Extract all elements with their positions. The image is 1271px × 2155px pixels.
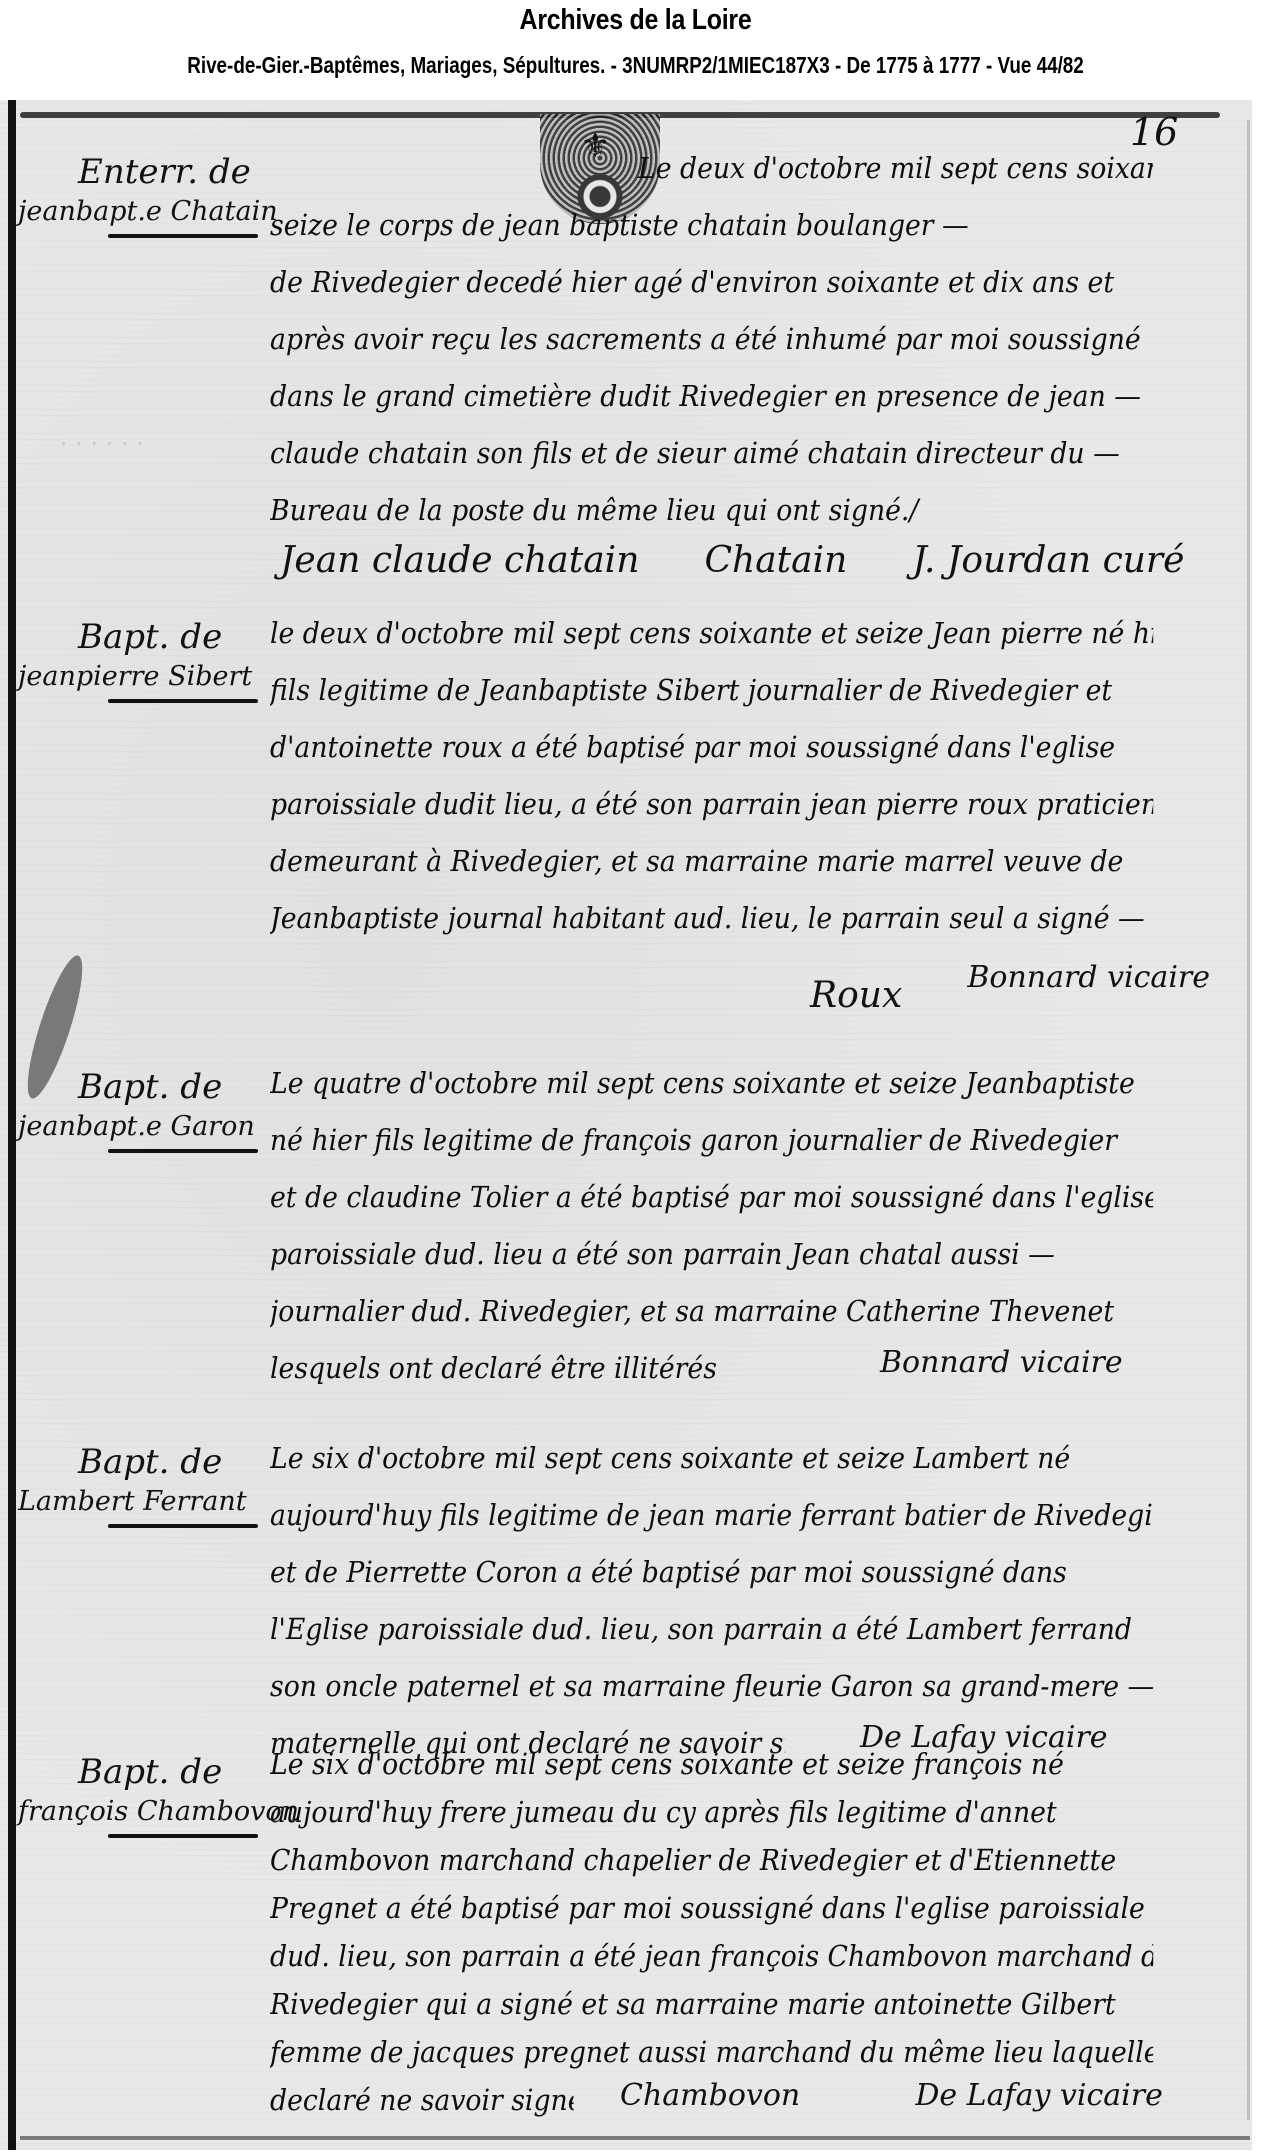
entry-line: seize le corps de jean baptiste chatain … — [270, 197, 1153, 254]
entry-subject-name: jeanbapt.e Chatain — [18, 194, 268, 230]
signature: Roux — [810, 975, 902, 1016]
entry-line: de Rivedegier decedé hier agé d'environ … — [270, 254, 1153, 311]
entry-margin-note: Bapt. de françois Chambovon — [18, 1750, 268, 1838]
entry-type: Bapt. de — [18, 1440, 268, 1484]
bleed-through-text: · · · · · · — [60, 430, 144, 458]
entry-margin-note: Bapt. de jeanbapt.e Garon — [18, 1065, 268, 1153]
signature: Bonnard vicaire — [967, 960, 1210, 995]
entry-line: paroissiale dud. lieu a été son parrain … — [270, 1226, 1153, 1283]
entry-subject-name: françois Chambovon — [18, 1794, 268, 1830]
entry-line: Chambovon marchand chapelier de Rivedegi… — [270, 1836, 1153, 1884]
page-right-edge — [1247, 120, 1250, 2120]
entry-line: Le quatre d'octobre mil sept cens soixan… — [270, 1055, 1153, 1112]
entry-line: son oncle paternel et sa marraine fleuri… — [270, 1658, 1153, 1715]
name-underline — [108, 234, 258, 238]
name-underline — [108, 699, 258, 703]
entry-line: dud. lieu, son parrain a été jean franço… — [270, 1932, 1153, 1980]
name-underline — [108, 1149, 258, 1153]
entry-line: après avoir reçu les sacrements a été in… — [270, 311, 1153, 368]
page-bottom-edge — [20, 2136, 1250, 2140]
signature: De Lafay vicaire — [915, 2078, 1163, 2113]
entry-line: demeurant à Rivedegier, et sa marraine m… — [270, 833, 1153, 890]
register-page-scan: ⚜ 16 · · · · · · Enterr. de jeanbapt.e C… — [0, 100, 1252, 2150]
entry-line: d'antoinette roux a été baptisé par moi … — [270, 719, 1153, 776]
entry-line: Le six d'octobre mil sept cens soixante … — [270, 1740, 1153, 1788]
entry-line: et de Pierrette Coron a été baptisé par … — [270, 1544, 1153, 1601]
archive-header: Archives de la Loire Rive-de-Gier.-Baptê… — [0, 0, 1271, 92]
entry-line: aujourd'huy fils legitime de jean marie … — [270, 1487, 1153, 1544]
entry-signatures: Bonnard vicaire — [880, 1345, 1183, 1380]
entry-margin-note: Enterr. de jeanbapt.e Chatain — [18, 150, 268, 238]
entry-line: le deux d'octobre mil sept cens soixante… — [270, 605, 1153, 662]
entry-line: claude chatain son fils et de sieur aimé… — [270, 425, 1153, 482]
page-binding-edge — [8, 100, 16, 2150]
entry-signatures: Roux Bonnard vicaire — [810, 975, 1252, 1016]
entry-signatures: Jean claude chatain Chatain J. Jourdan c… — [280, 540, 1244, 581]
entry-line: dans le grand cimetière dudit Rivedegier… — [270, 368, 1153, 425]
entry-line: femme de jacques pregnet aussi marchand … — [270, 2028, 1153, 2076]
entry-type: Bapt. de — [18, 1750, 268, 1794]
entry-line: né hier fils legitime de françois garon … — [270, 1112, 1153, 1169]
entry-type: Bapt. de — [18, 615, 268, 659]
name-underline — [108, 1834, 258, 1838]
entry-body: Le six d'octobre mil sept cens soixante … — [270, 1740, 1230, 2124]
entry-line: Bureau de la poste du même lieu qui ont … — [270, 482, 1153, 539]
entry-line: aujourd'huy frere jumeau du cy après fil… — [270, 1788, 1153, 1836]
entry-line: journalier dud. Rivedegier, et sa marrai… — [270, 1283, 1153, 1340]
entry-line: Rivedegier qui a signé et sa marraine ma… — [270, 1980, 1153, 2028]
entry-body: le deux d'octobre mil sept cens soixante… — [270, 605, 1230, 947]
entry-line: declaré ne savoir signer./ — [270, 2076, 574, 2124]
entry-line: lesquels ont declaré être illitérés — [270, 1340, 730, 1397]
entry-margin-note: Bapt. de Lambert Ferrant — [18, 1440, 268, 1528]
signature: J. Jourdan curé — [912, 540, 1184, 581]
entry-subject-name: Lambert Ferrant — [18, 1484, 268, 1520]
entry-body: Le deux d'octobre mil sept cens soixante… — [270, 140, 1230, 539]
entry-line: et de claudine Tolier a été baptisé par … — [270, 1169, 1153, 1226]
archive-title: Archives de la Loire — [89, 4, 1182, 37]
signature: Jean claude chatain — [280, 540, 639, 581]
entry-line: l'Eglise paroissiale dud. lieu, son parr… — [270, 1601, 1153, 1658]
entry-line: Le deux d'octobre mil sept cens soixante… — [270, 140, 1153, 197]
entry-type: Enterr. de — [18, 150, 268, 194]
signature: Chatain — [704, 540, 847, 581]
entry-margin-note: Bapt. de jeanpierre Sibert — [18, 615, 268, 703]
signature: Chambovon — [620, 2078, 800, 2113]
entry-subject-name: jeanpierre Sibert — [18, 659, 268, 695]
entry-line: Pregnet a été baptisé par moi soussigné … — [270, 1884, 1153, 1932]
entry-line: fils legitime de Jeanbaptiste Sibert jou… — [270, 662, 1153, 719]
entry-type: Bapt. de — [18, 1065, 268, 1109]
entry-signatures: Chambovon De Lafay vicaire — [620, 2078, 1223, 2113]
entry-line: Jeanbaptiste journal habitant aud. lieu,… — [270, 890, 1153, 947]
entry-subject-name: jeanbapt.e Garon — [18, 1109, 268, 1145]
signature: Bonnard vicaire — [880, 1345, 1123, 1380]
entry-line: Le six d'octobre mil sept cens soixante … — [270, 1430, 1153, 1487]
name-underline — [108, 1524, 258, 1528]
record-subtitle: Rive-de-Gier.-Baptêmes, Mariages, Sépult… — [114, 52, 1156, 79]
entry-line: paroissiale dudit lieu, a été son parrai… — [270, 776, 1153, 833]
